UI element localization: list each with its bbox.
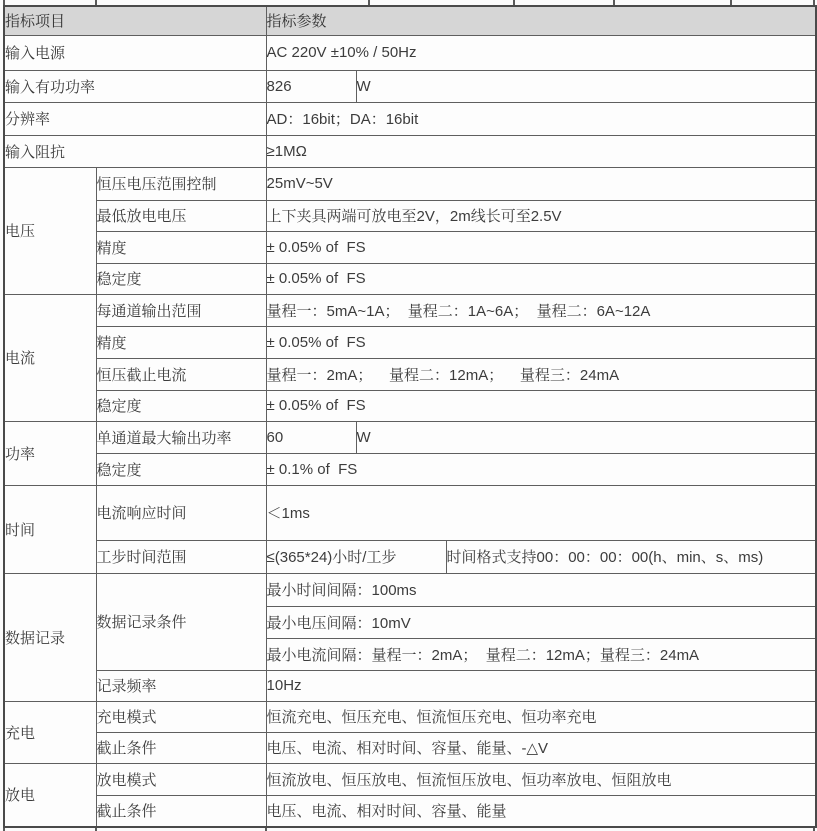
row-i-stability-value: ± 0.05% of FS <box>266 390 816 421</box>
row-p-stability-value: ± 0.1% of FS <box>266 453 816 485</box>
row-record-cond-label: 数据记录条件 <box>96 573 266 670</box>
row-cv-cutoff-value: 量程一：2mA； 量程二：12mA； 量程三：24mA <box>266 358 816 390</box>
row-i-accuracy-value: ± 0.05% of FS <box>266 326 816 358</box>
row-active-power-unit: W <box>356 70 816 102</box>
row-active-power-value: 826 <box>266 70 356 102</box>
group-discharge-label: 放电 <box>4 763 96 827</box>
row-i-stability-label: 稳定度 <box>96 390 266 421</box>
grid-line <box>513 0 515 5</box>
row-v-stability-value: ± 0.05% of FS <box>266 263 816 294</box>
grid-line <box>613 0 615 5</box>
group-current-label: 电流 <box>4 294 96 421</box>
row-output-range-value: 量程一：5mA~1A； 量程二：1A~6A； 量程二：6A~12A <box>266 294 816 326</box>
row-response-time-value: ＜1ms <box>266 485 816 540</box>
row-discharge-mode-value: 恒流放电、恒压放电、恒流恒压放电、恒功率放电、恒阻放电 <box>266 763 816 795</box>
spec-table: 指标项目 指标参数 输入电源 AC 220V ±10% / 50Hz 输入有功功… <box>3 5 817 828</box>
top-row-fragment <box>3 0 815 5</box>
group-power-label: 功率 <box>4 421 96 485</box>
row-v-accuracy-value: ± 0.05% of FS <box>266 231 816 263</box>
row-cv-range-value: 25mV~5V <box>266 167 816 200</box>
spec-sheet-screen: 指标项目 指标参数 输入电源 AC 220V ±10% / 50Hz 输入有功功… <box>0 0 817 831</box>
row-cv-range-label: 恒压电压范围控制 <box>96 167 266 200</box>
row-charge-cutoff-value: 电压、电流、相对时间、容量、能量、-△V <box>266 732 816 763</box>
row-record-freq-value: 10Hz <box>266 670 816 701</box>
row-step-time-value: ≤(365*24)小时/工步 <box>266 540 446 573</box>
row-record-freq-label: 记录频率 <box>96 670 266 701</box>
row-discharge-mode-label: 放电模式 <box>96 763 266 795</box>
grid-line <box>730 0 732 5</box>
grid-line <box>813 0 815 5</box>
group-charge-label: 充电 <box>4 701 96 763</box>
row-impedance-label: 输入阻抗 <box>4 135 266 167</box>
row-step-time-format: 时间格式支持00：00：00：00(h、min、s、ms) <box>446 540 816 573</box>
row-discharge-cutoff-label: 截止条件 <box>96 795 266 827</box>
row-resolution-value: AD：16bit；DA：16bit <box>266 102 816 135</box>
row-max-output-label: 单通道最大输出功率 <box>96 421 266 453</box>
column-header-param: 指标参数 <box>266 6 816 35</box>
row-i-accuracy-label: 精度 <box>96 326 266 358</box>
row-output-range-label: 每通道输出范围 <box>96 294 266 326</box>
row-record-cond-time: 最小时间间隔：100ms <box>266 573 816 606</box>
row-max-output-value: 60 <box>266 421 356 453</box>
grid-line <box>3 0 5 5</box>
row-record-cond-voltage: 最小电压间隔：10mV <box>266 606 816 638</box>
grid-line <box>95 0 97 5</box>
row-charge-cutoff-label: 截止条件 <box>96 732 266 763</box>
row-input-power-label: 输入电源 <box>4 35 266 70</box>
row-step-time-label: 工步时间范围 <box>96 540 266 573</box>
row-max-output-unit: W <box>356 421 816 453</box>
row-v-stability-label: 稳定度 <box>96 263 266 294</box>
row-cv-cutoff-label: 恒压截止电流 <box>96 358 266 390</box>
group-voltage-label: 电压 <box>4 167 96 294</box>
row-resolution-label: 分辨率 <box>4 102 266 135</box>
group-time-label: 时间 <box>4 485 96 573</box>
column-header-item: 指标项目 <box>4 6 266 35</box>
row-v-accuracy-label: 精度 <box>96 231 266 263</box>
row-discharge-cutoff-value: 电压、电流、相对时间、容量、能量 <box>266 795 816 827</box>
row-charge-mode-label: 充电模式 <box>96 701 266 732</box>
row-charge-mode-value: 恒流充电、恒压充电、恒流恒压充电、恒功率充电 <box>266 701 816 732</box>
row-response-time-label: 电流响应时间 <box>96 485 266 540</box>
grid-line <box>368 0 370 5</box>
row-record-cond-current: 最小电流间隔：量程一：2mA； 量程二：12mA；量程三：24mA <box>266 638 816 670</box>
row-p-stability-label: 稳定度 <box>96 453 266 485</box>
group-datalog-label: 数据记录 <box>4 573 96 701</box>
row-input-power-value: AC 220V ±10% / 50Hz <box>266 35 816 70</box>
row-min-discharge-v-label: 最低放电电压 <box>96 200 266 231</box>
row-active-power-label: 输入有功功率 <box>4 70 266 102</box>
row-min-discharge-v-value: 上下夹具两端可放电至2V，2m线长可至2.5V <box>266 200 816 231</box>
row-impedance-value: ≥1MΩ <box>266 135 816 167</box>
